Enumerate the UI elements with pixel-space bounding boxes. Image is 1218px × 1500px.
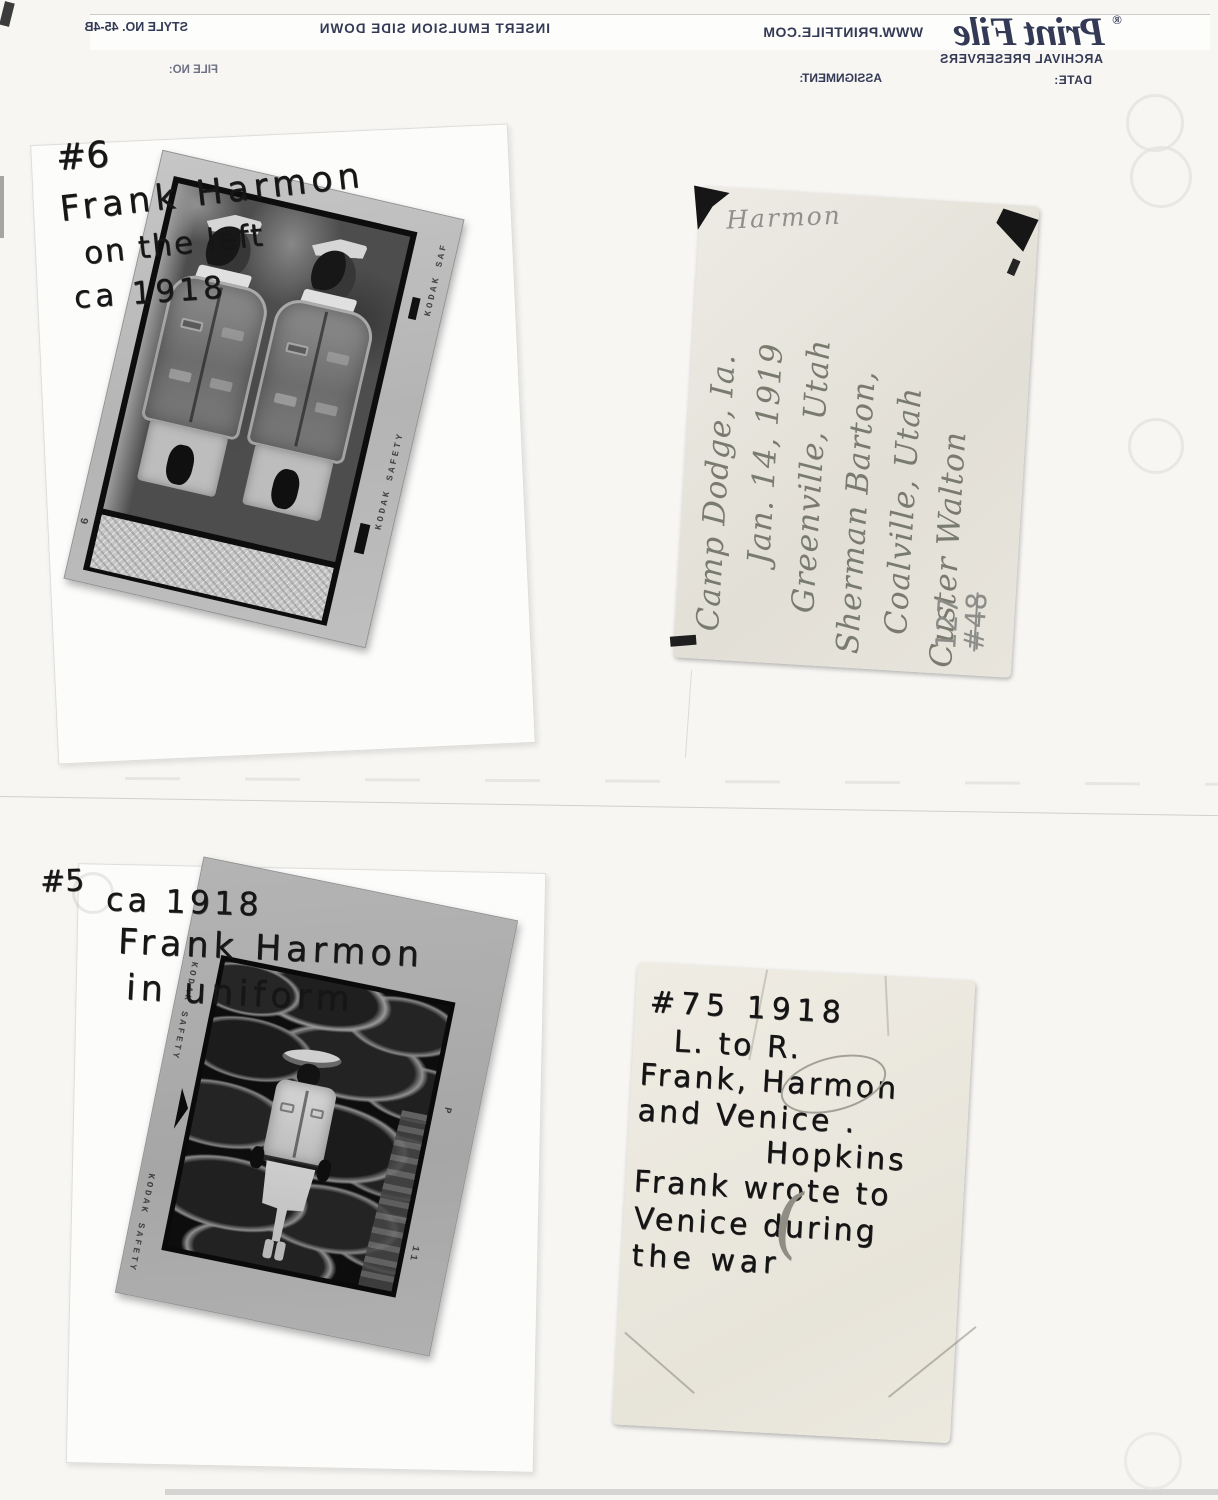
boot [273, 1240, 285, 1261]
file-number-label: FILE NO: [169, 64, 218, 76]
punch-hole-ghost [1124, 1432, 1182, 1490]
annotation-date: ca 1918 [105, 880, 263, 923]
jacket-pockets [285, 342, 309, 357]
annotation-number: #5 [39, 863, 84, 900]
boot [262, 1238, 274, 1259]
uniform-jacket [262, 1078, 338, 1168]
soldier-figure [236, 1043, 351, 1269]
paper-crease [888, 1326, 976, 1397]
jacket-pocket [310, 1108, 325, 1120]
date-label: DATE: [1054, 73, 1092, 87]
crossed-out-number: #48 [960, 592, 992, 653]
jacket-pocket [280, 1101, 295, 1113]
film-edge-letter: P [440, 1106, 453, 1117]
punch-hole-ghost [1128, 418, 1184, 474]
paper-crease [884, 976, 888, 1036]
bottom-shadow-line [165, 1489, 1218, 1495]
photo-back-card-bottom-right: #75 1918 L. to R. Frank, Harmon and Veni… [612, 962, 975, 1443]
film-edge-block [354, 523, 370, 554]
annotation-number: #6 [55, 134, 111, 179]
caption-note-line3: the war [631, 1238, 782, 1281]
crease-line [685, 670, 692, 758]
adhesive-speck [1007, 258, 1021, 276]
sleeve-seam-line [0, 796, 1218, 816]
background-door-edge [358, 1108, 428, 1292]
emulsion-instruction: INSERT EMULSION SIDE DOWN [319, 21, 550, 36]
hand [316, 1159, 332, 1183]
trousers [251, 1160, 315, 1246]
film-edge-tick [408, 297, 421, 320]
scanned-negative-sleeve-page: ® Print File ARCHIVAL PRESERVERS DATE: W… [0, 0, 1218, 1500]
jacket-pockets [180, 318, 204, 333]
scan-speck [0, 176, 4, 238]
website-text: WWW.PRINTFILE.COM [763, 24, 923, 40]
brand-logo: Print File [954, 8, 1105, 55]
punch-hole-ghost [1130, 146, 1192, 208]
adhesive-corner-mark [670, 635, 697, 647]
adhesive-corner-mark [995, 208, 1039, 252]
registered-mark: ® [1112, 12, 1122, 28]
paper-crease [625, 1332, 695, 1394]
pencil-catalog-numbers: 127 #48 [932, 590, 992, 652]
style-number: STYLE NO. 45-4B [85, 20, 189, 34]
brand-tagline: ARCHIVAL PRESERVERS [939, 52, 1103, 66]
photo-back-card-top-right: Harmon Camp Dodge, Ia. Jan. 14, 1919 Gre… [673, 186, 1039, 678]
sleeve-seam-smudge [125, 777, 1218, 786]
film-frame-number: 6 [79, 514, 93, 526]
film-edge-number: 11 [406, 1244, 420, 1264]
punch-hole-ghost [1126, 94, 1184, 152]
sleeve-header-mirrored: ® Print File ARCHIVAL PRESERVERS DATE: W… [0, 0, 1218, 100]
assignment-label: ASSIGNMENT: [799, 71, 882, 85]
hand [249, 1146, 265, 1170]
